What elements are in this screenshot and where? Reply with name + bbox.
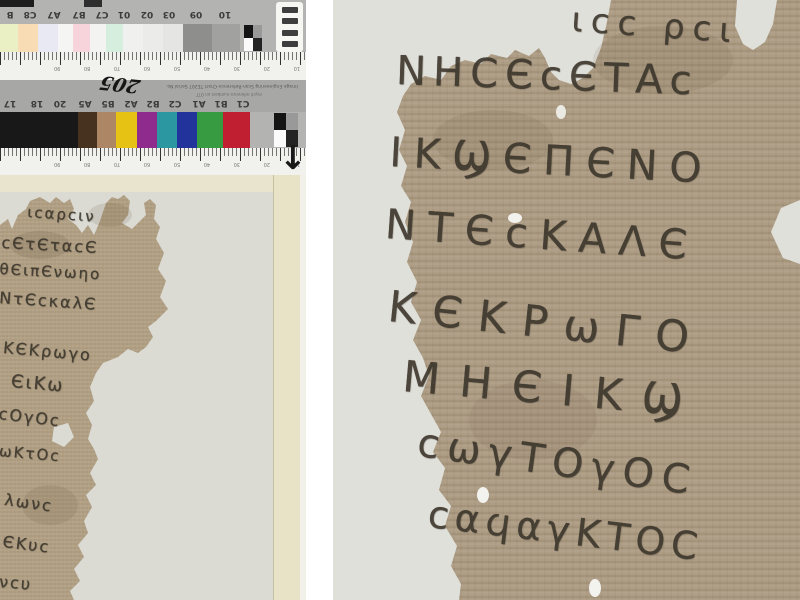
papyrus-hole	[556, 105, 566, 119]
patch-label: B1	[211, 96, 231, 110]
patch-label: B5	[98, 96, 118, 110]
color-patch	[223, 112, 250, 148]
barcode-bar	[282, 7, 298, 13]
patch-label: 17	[0, 96, 20, 110]
color-patch	[123, 24, 143, 52]
ruler-ticks	[0, 52, 306, 65]
color-patch	[90, 24, 106, 52]
patch-label: B7	[69, 7, 89, 21]
ruler-top: 10 20 30 40 50 60 70 80 90	[0, 52, 306, 80]
color-patch	[183, 24, 212, 52]
color-patch	[0, 112, 78, 148]
right-image-panel: ιϲϲ ρϲι ΝΗϹЄϲЄΤΑϲ ΙΚϢЄΠЄΝΟ ΝΤЄϲΚΑΛЄ ΚЄΚΡ…	[333, 0, 800, 600]
ruler-numbers: 10 20 30 40 50 60 70 80 90	[6, 161, 300, 167]
chart-bottom-label-row: 17 18 20 A5 B5 A2 B2 C2 A1 B1 C1	[0, 96, 306, 112]
patch-label: B	[0, 7, 20, 21]
color-patch	[116, 112, 137, 148]
patch-label: 09	[186, 7, 206, 21]
patch-label: C2	[165, 96, 185, 110]
color-patch	[0, 24, 18, 52]
barcode-label	[276, 2, 303, 52]
patch-label: C7	[92, 7, 112, 21]
screenshot-root: ιϲαρϲιν ϲЄτЄταϲЄ θЄιπЄνωηο ΝτЄϲκαλЄ ΚЄΚρ…	[0, 0, 800, 600]
color-patch	[197, 112, 223, 148]
color-patch	[137, 112, 157, 148]
papyrus-text-line: νϲυ	[0, 572, 33, 594]
ruler-bottom: 10 20 30 40 50 60 70 80 90	[0, 148, 306, 175]
left-image-panel: ιϲαρϲιν ϲЄτЄταϲЄ θЄιπЄνωηο ΝτЄϲκαλЄ ΚЄΚρ…	[0, 0, 306, 600]
patch-label: 10	[215, 7, 235, 21]
patch-label: C1	[233, 96, 253, 110]
patch-label: A1	[189, 96, 209, 110]
chart-edge-sliver	[84, 0, 102, 7]
panel-divider-gap	[306, 0, 333, 600]
barcode-bar	[282, 18, 298, 24]
patch-label: C8	[20, 7, 40, 21]
ruler-numbers: 10 20 30 40 50 60 70 80 90	[6, 65, 300, 71]
patch-label: B2	[143, 96, 163, 110]
color-patch	[78, 112, 97, 148]
patch-label: 18	[27, 96, 47, 110]
black-white-checker	[244, 25, 262, 51]
patch-label: 01	[114, 7, 134, 21]
patch-label: 03	[159, 7, 179, 21]
down-arrow-icon: ↓	[279, 141, 306, 174]
color-patch	[212, 24, 240, 52]
color-patch	[157, 112, 177, 148]
patch-label: A5	[75, 96, 95, 110]
patch-label: 20	[50, 96, 70, 110]
color-patch	[73, 24, 90, 52]
color-patch	[163, 24, 183, 52]
color-patch	[18, 24, 38, 52]
color-patch	[58, 24, 73, 52]
barcode-bar	[282, 41, 298, 47]
papyrus-hole	[589, 579, 601, 597]
patch-label: A2	[121, 96, 141, 110]
color-patch	[177, 112, 197, 148]
chart-serial-text: Image Engineering Scan-Reference-Chart T…	[166, 83, 298, 88]
patch-label: A7	[44, 7, 64, 21]
ruler-ticks	[0, 148, 306, 161]
color-patch	[97, 112, 116, 148]
barcode-bar	[282, 30, 298, 36]
color-calibration-chart: B C8 A7 B7 C7 01 02 03 09 10	[0, 0, 306, 175]
color-patch	[38, 24, 58, 52]
chart-mid-band: 205 Image Engineering Scan-Reference-Cha…	[0, 80, 306, 112]
handwritten-inventory-number: 205	[97, 71, 143, 97]
chart-top-label-row: B C8 A7 B7 C7 01 02 03 09 10	[0, 7, 306, 24]
patch-label: 02	[137, 7, 157, 21]
color-patch	[106, 24, 123, 52]
chart-edge-sliver	[0, 0, 34, 7]
color-patch	[143, 24, 163, 52]
chart-bottom-patch-row	[0, 112, 306, 148]
